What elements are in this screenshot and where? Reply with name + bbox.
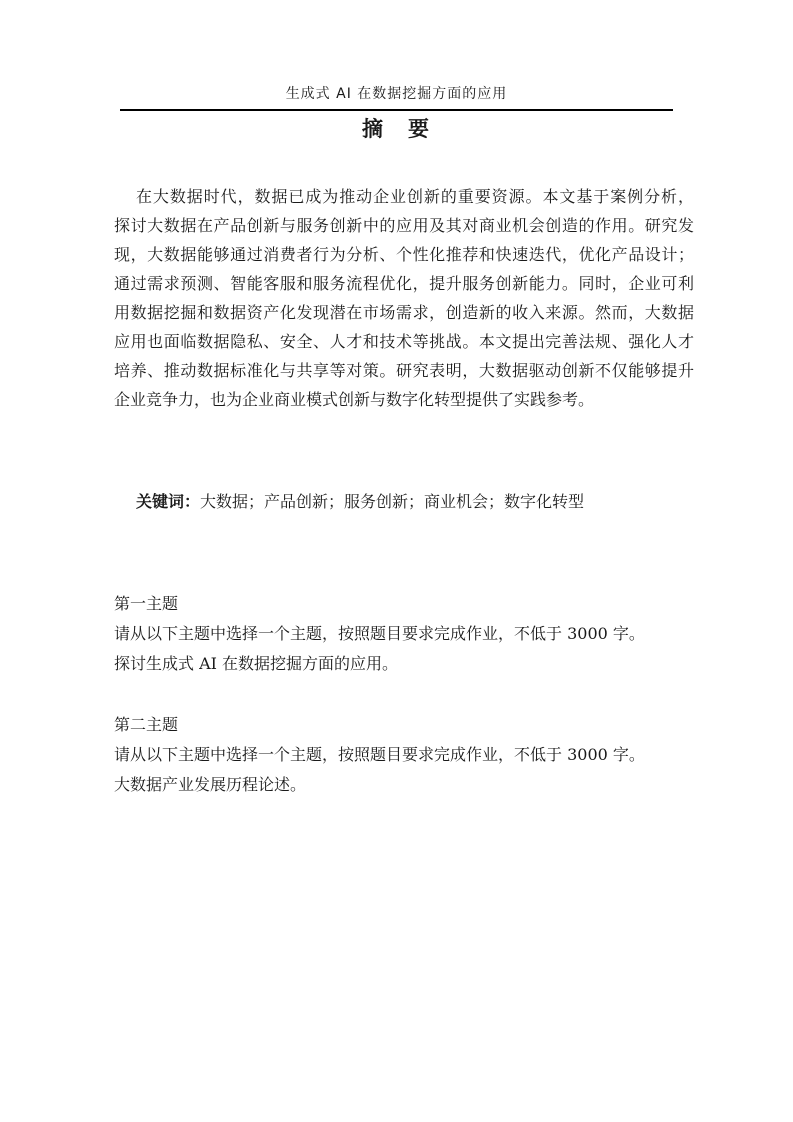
keywords-text: 大数据；产品创新；服务创新；商业机会；数字化转型 bbox=[200, 492, 584, 511]
document-page: 生成式 AI 在数据挖掘方面的应用 摘 要 在大数据时代，数据已成为推动企业创新… bbox=[0, 0, 793, 1122]
topic-2-instruction: 请从以下主题中选择一个主题，按照题目要求完成作业，不低于 3000 字。 bbox=[114, 740, 739, 770]
topic-1-instruction: 请从以下主题中选择一个主题，按照题目要求完成作业，不低于 3000 字。 bbox=[114, 619, 739, 649]
topic-2-heading: 第二主题 bbox=[114, 710, 739, 740]
abstract-line-8: 企业竞争力，也为企业商业模式创新与数字化转型提供了实践参考。 bbox=[114, 385, 694, 414]
abstract-line-1: 在大数据时代，数据已成为推动企业创新的重要资源。本文基于案例分析， bbox=[114, 182, 694, 211]
topic-section-1: 第一主题 请从以下主题中选择一个主题，按照题目要求完成作业，不低于 3000 字… bbox=[114, 589, 739, 679]
header-rule bbox=[120, 109, 673, 111]
topic-section-2: 第二主题 请从以下主题中选择一个主题，按照题目要求完成作业，不低于 3000 字… bbox=[114, 710, 739, 800]
abstract-line-4: 通过需求预测、智能客服和服务流程优化，提升服务创新能力。同时，企业可利 bbox=[114, 269, 694, 298]
topic-2-title: 大数据产业发展历程论述。 bbox=[114, 770, 739, 800]
abstract-line-5: 用数据挖掘和数据资产化发现潜在市场需求，创造新的收入来源。然而，大数据 bbox=[114, 298, 694, 327]
abstract-title: 摘 要 bbox=[0, 112, 793, 146]
keywords-label: 关键词： bbox=[136, 492, 200, 511]
abstract-line-3: 现，大数据能够通过消费者行为分析、个性化推荐和快速迭代，优化产品设计； bbox=[114, 240, 694, 269]
keywords-line: 关键词：大数据；产品创新；服务创新；商业机会；数字化转型 bbox=[114, 487, 714, 516]
abstract-line-2: 探讨大数据在产品创新与服务创新中的应用及其对商业机会创造的作用。研究发 bbox=[114, 211, 694, 240]
topic-1-title: 探讨生成式 AI 在数据挖掘方面的应用。 bbox=[114, 649, 739, 679]
abstract-line-6: 应用也面临数据隐私、安全、人才和技术等挑战。本文提出完善法规、强化人才 bbox=[114, 327, 694, 356]
abstract-paragraph: 在大数据时代，数据已成为推动企业创新的重要资源。本文基于案例分析， 探讨大数据在… bbox=[114, 182, 694, 414]
running-header-title: 生成式 AI 在数据挖掘方面的应用 bbox=[0, 85, 793, 103]
topic-1-heading: 第一主题 bbox=[114, 589, 739, 619]
abstract-line-7: 培养、推动数据标准化与共享等对策。研究表明，大数据驱动创新不仅能够提升 bbox=[114, 356, 694, 385]
